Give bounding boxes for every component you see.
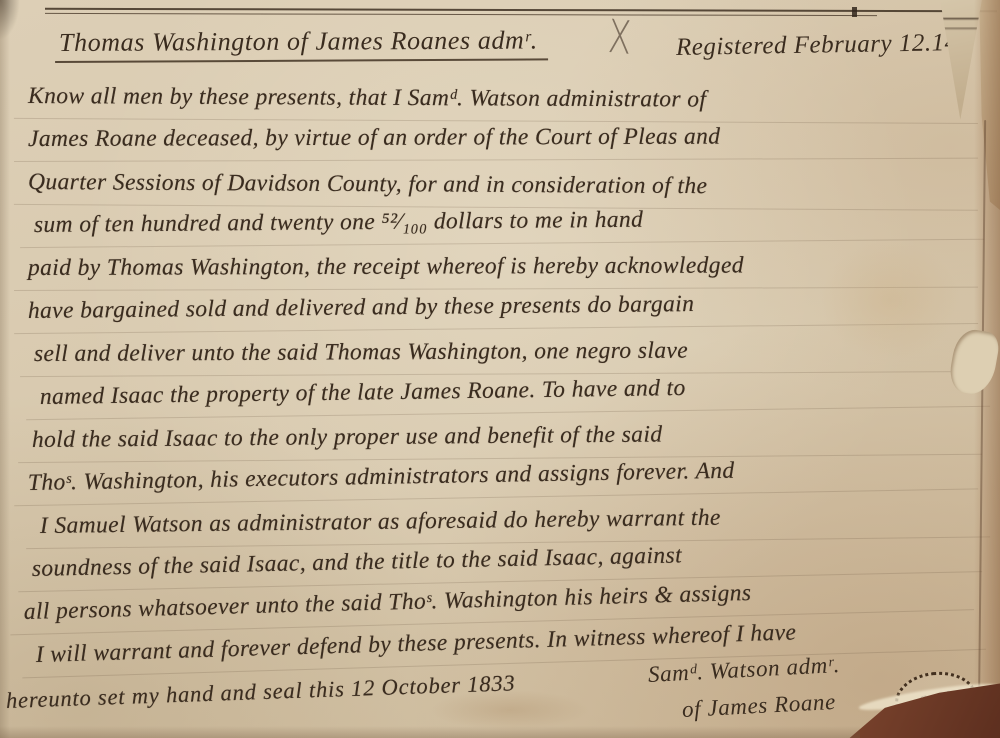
paper-stain [430, 690, 590, 730]
manuscript-line: James Roane deceased, by virtue of an or… [28, 123, 978, 169]
left-edge-shadow [0, 0, 10, 738]
body-lines: Know all men by these presents, that I S… [0, 0, 1000, 738]
manuscript-page: Thomas Washington of James Roanes admʳ. … [0, 0, 1000, 738]
paper-stain [820, 240, 960, 360]
